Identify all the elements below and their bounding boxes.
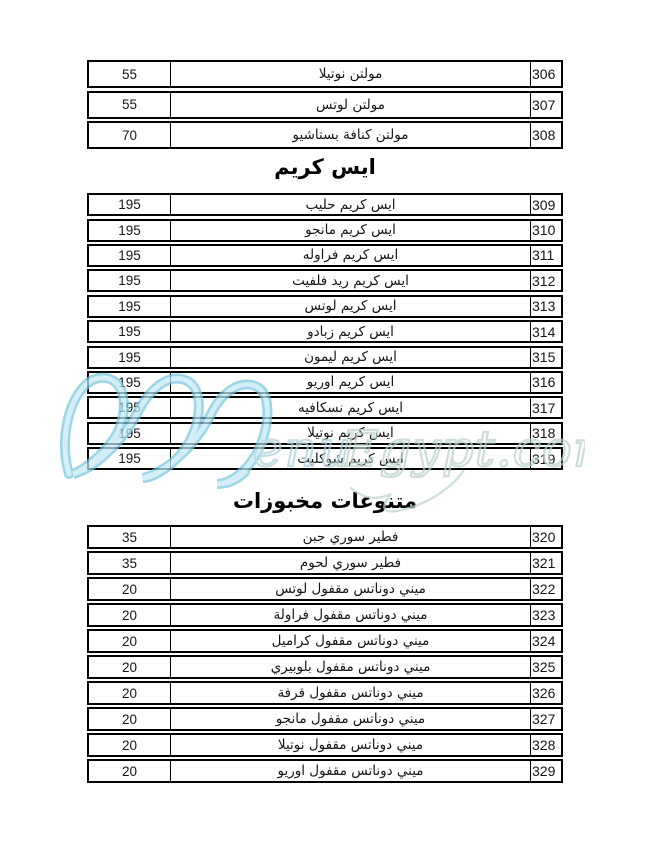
- item-number-cell: 323: [531, 605, 561, 625]
- table-row: 195 ايس كريم نسكافيه 317: [87, 396, 563, 419]
- price-cell: 195: [89, 195, 170, 214]
- price-cell: 20: [89, 605, 170, 625]
- price-cell: 195: [89, 246, 170, 265]
- item-number-cell: 329: [531, 761, 561, 781]
- item-name-cell: مولتن كنافة بستاشيو: [170, 123, 531, 147]
- section-title: متنوعات مخبوزات: [87, 488, 563, 514]
- price-cell: 70: [89, 123, 170, 147]
- price-table: 55 مولتن نوتيلا 306 55 مولتن لوتس 307 70…: [87, 60, 563, 149]
- item-number-cell: 312: [531, 271, 561, 290]
- item-number-cell: 325: [531, 657, 561, 677]
- item-name-cell: ايس كريم نوتيلا: [170, 424, 531, 443]
- item-number-cell: 316: [531, 373, 561, 392]
- table-row: 195 ايس كريم ريد فلفيت 312: [87, 269, 563, 292]
- table-row: 55 مولتن نوتيلا 306: [87, 60, 563, 88]
- item-name-cell: ميني دوناتس مقفول مانجو: [170, 709, 531, 729]
- table-row: 195 ايس كريم شوكليت 319: [87, 447, 563, 470]
- price-cell: 55: [89, 62, 170, 86]
- table-row: 55 مولتن لوتس 307: [87, 91, 563, 119]
- table-row: 35 فطير سوري لحوم 321: [87, 551, 563, 575]
- item-number-cell: 318: [531, 424, 561, 443]
- item-number-cell: 308: [531, 123, 561, 147]
- item-number-cell: 314: [531, 322, 561, 341]
- item-name-cell: ميني دوناتس مقفول كراميل: [170, 631, 531, 651]
- item-name-cell: ايس كريم نسكافيه: [170, 398, 531, 417]
- item-number-cell: 315: [531, 348, 561, 367]
- table-row: 20 ميني دوناتس مقفول كراميل 324: [87, 629, 563, 653]
- price-cell: 195: [89, 424, 170, 443]
- table-row: 195 ايس كريم نوتيلا 318: [87, 422, 563, 445]
- table-row: 35 فطير سوري جبن 320: [87, 525, 563, 549]
- item-number-cell: 310: [531, 221, 561, 240]
- item-name-cell: ايس كريم حليب: [170, 195, 531, 214]
- table-row: 195 ايس كريم فراوله 311: [87, 244, 563, 267]
- price-cell: 195: [89, 449, 170, 468]
- item-number-cell: 313: [531, 297, 561, 316]
- item-name-cell: ايس كريم مانجو: [170, 221, 531, 240]
- item-name-cell: ميني دوناتس مقفول اوريو: [170, 761, 531, 781]
- table-row: 195 ايس كريم زبادو 314: [87, 320, 563, 343]
- table-row: 20 ميني دوناتس مقفول بلوبيري 325: [87, 655, 563, 679]
- item-name-cell: ايس كريم لوتس: [170, 297, 531, 316]
- price-cell: 35: [89, 527, 170, 547]
- price-cell: 35: [89, 553, 170, 573]
- table-row: 20 ميني دوناتس مقفول لوتس 322: [87, 577, 563, 601]
- price-cell: 20: [89, 709, 170, 729]
- menu-section-baked-assortment: متنوعات مخبوزات 35 فطير سوري جبن 320 35 …: [87, 488, 563, 783]
- item-number-cell: 326: [531, 683, 561, 703]
- price-cell: 20: [89, 683, 170, 703]
- menu-sections: 55 مولتن نوتيلا 306 55 مولتن لوتس 307 70…: [87, 0, 563, 785]
- item-number-cell: 320: [531, 527, 561, 547]
- item-name-cell: ايس كريم فراوله: [170, 246, 531, 265]
- price-cell: 20: [89, 735, 170, 755]
- table-row: 195 ايس كريم اوريو 316: [87, 371, 563, 394]
- item-number-cell: 317: [531, 398, 561, 417]
- price-cell: 55: [89, 93, 170, 117]
- price-cell: 195: [89, 271, 170, 290]
- price-cell: 195: [89, 322, 170, 341]
- item-name-cell: ميني دوناتس مقفول لوتس: [170, 579, 531, 599]
- price-cell: 195: [89, 373, 170, 392]
- table-row: 20 ميني دوناتس مقفول مانجو 327: [87, 707, 563, 731]
- price-cell: 195: [89, 297, 170, 316]
- item-number-cell: 321: [531, 553, 561, 573]
- table-row: 20 ميني دوناتس مقفول قرفة 326: [87, 681, 563, 705]
- item-name-cell: فطير سوري لحوم: [170, 553, 531, 573]
- price-cell: 20: [89, 761, 170, 781]
- item-name-cell: ميني دوناتس مقفول فراولة: [170, 605, 531, 625]
- price-cell: 195: [89, 348, 170, 367]
- table-row: 195 ايس كريم ليمون 315: [87, 346, 563, 369]
- item-number-cell: 307: [531, 93, 561, 117]
- item-name-cell: ايس كريم اوريو: [170, 373, 531, 392]
- table-row: 20 ميني دوناتس مقفول اوريو 329: [87, 759, 563, 783]
- item-name-cell: ايس كريم ليمون: [170, 348, 531, 367]
- price-cell: 20: [89, 631, 170, 651]
- item-name-cell: ميني دوناتس مقفول نوتيلا: [170, 735, 531, 755]
- item-number-cell: 319: [531, 449, 561, 468]
- item-number-cell: 306: [531, 62, 561, 86]
- price-table: 35 فطير سوري جبن 320 35 فطير سوري لحوم 3…: [87, 525, 563, 783]
- menu-section-molten: 55 مولتن نوتيلا 306 55 مولتن لوتس 307 70…: [87, 60, 563, 149]
- item-number-cell: 309: [531, 195, 561, 214]
- price-cell: 195: [89, 221, 170, 240]
- item-number-cell: 324: [531, 631, 561, 651]
- table-row: 20 ميني دوناتس مقفول نوتيلا 328: [87, 733, 563, 757]
- menu-page: 55 مولتن نوتيلا 306 55 مولتن لوتس 307 70…: [0, 0, 650, 841]
- price-cell: 20: [89, 579, 170, 599]
- table-row: 195 ايس كريم لوتس 313: [87, 295, 563, 318]
- menu-section-ice-cream: ايس كريم 195 ايس كريم حليب 309 195 ايس ك…: [87, 154, 563, 470]
- section-title: ايس كريم: [87, 154, 563, 180]
- item-name-cell: ايس كريم زبادو: [170, 322, 531, 341]
- item-number-cell: 322: [531, 579, 561, 599]
- item-number-cell: 327: [531, 709, 561, 729]
- table-row: 195 ايس كريم مانجو 310: [87, 219, 563, 242]
- price-cell: 20: [89, 657, 170, 677]
- item-name-cell: ميني دوناتس مقفول بلوبيري: [170, 657, 531, 677]
- item-name-cell: ميني دوناتس مقفول قرفة: [170, 683, 531, 703]
- item-name-cell: مولتن نوتيلا: [170, 62, 531, 86]
- item-name-cell: مولتن لوتس: [170, 93, 531, 117]
- item-number-cell: 328: [531, 735, 561, 755]
- table-row: 70 مولتن كنافة بستاشيو 308: [87, 121, 563, 149]
- item-name-cell: ايس كريم شوكليت: [170, 449, 531, 468]
- price-table: 195 ايس كريم حليب 309 195 ايس كريم مانجو…: [87, 193, 563, 470]
- item-number-cell: 311: [531, 246, 561, 265]
- table-row: 20 ميني دوناتس مقفول فراولة 323: [87, 603, 563, 627]
- price-cell: 195: [89, 398, 170, 417]
- item-name-cell: ايس كريم ريد فلفيت: [170, 271, 531, 290]
- table-row: 195 ايس كريم حليب 309: [87, 193, 563, 216]
- item-name-cell: فطير سوري جبن: [170, 527, 531, 547]
